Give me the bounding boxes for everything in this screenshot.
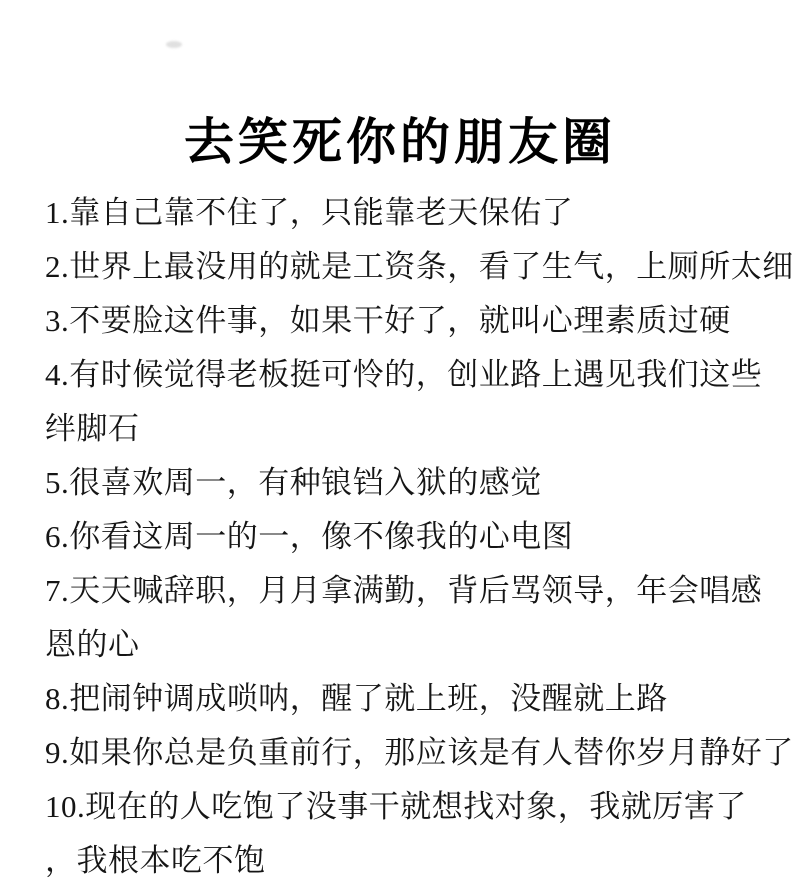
list-item-line: 恩的心: [45, 618, 790, 672]
list-item: 7.天天喊辞职，月月拿满勤，背后骂领导，年会唱感 恩的心: [45, 564, 790, 672]
list-item: 8.把闹钟调成唢呐，醒了就上班，没醒就上路: [45, 672, 790, 726]
list-item-line: 8.把闹钟调成唢呐，醒了就上班，没醒就上路: [45, 672, 790, 726]
list-item-line: 3.不要脸这件事，如果干好了，就叫心理素质过硬: [45, 294, 790, 348]
list-item-line: 6.你看这周一的一，像不像我的心电图: [45, 510, 790, 564]
list-item: 6.你看这周一的一，像不像我的心电图: [45, 510, 790, 564]
list-item: 9.如果你总是负重前行，那应该是有人替你岁月静好了: [45, 726, 790, 780]
list-item: 2.世界上最没用的就是工资条，看了生气，上厕所太细: [45, 240, 790, 294]
list-item-line: 7.天天喊辞职，月月拿满勤，背后骂领导，年会唱感: [45, 564, 790, 618]
list-item: 3.不要脸这件事，如果干好了，就叫心理素质过硬: [45, 294, 790, 348]
list-item-line: 10.现在的人吃饱了没事干就想找对象，我就厉害了: [45, 780, 790, 834]
document-page: 去笑死你的朋友圈 1.靠自己靠不住了，只能靠老天保佑了 2.世界上最没用的就是工…: [0, 0, 800, 888]
list-item: 4.有时候觉得老板挺可怜的，创业路上遇见我们这些 绊脚石: [45, 348, 790, 456]
scan-smudge-artifact: [166, 41, 182, 48]
list-item-line: 2.世界上最没用的就是工资条，看了生气，上厕所太细: [45, 240, 790, 294]
list-item-line: 9.如果你总是负重前行，那应该是有人替你岁月静好了: [45, 726, 790, 780]
list-item-line: 绊脚石: [45, 402, 790, 456]
page-title: 去笑死你的朋友圈: [0, 0, 800, 180]
joke-list: 1.靠自己靠不住了，只能靠老天保佑了 2.世界上最没用的就是工资条，看了生气，上…: [0, 186, 800, 888]
list-item-line: 4.有时候觉得老板挺可怜的，创业路上遇见我们这些: [45, 348, 790, 402]
list-item-line: 5.很喜欢周一，有种锒铛入狱的感觉: [45, 456, 790, 510]
list-item: 1.靠自己靠不住了，只能靠老天保佑了: [45, 186, 790, 240]
list-item: 5.很喜欢周一，有种锒铛入狱的感觉: [45, 456, 790, 510]
list-item-line: ，我根本吃不饱: [45, 834, 790, 888]
list-item-line: 1.靠自己靠不住了，只能靠老天保佑了: [45, 186, 790, 240]
list-item: 10.现在的人吃饱了没事干就想找对象，我就厉害了 ，我根本吃不饱: [45, 780, 790, 888]
